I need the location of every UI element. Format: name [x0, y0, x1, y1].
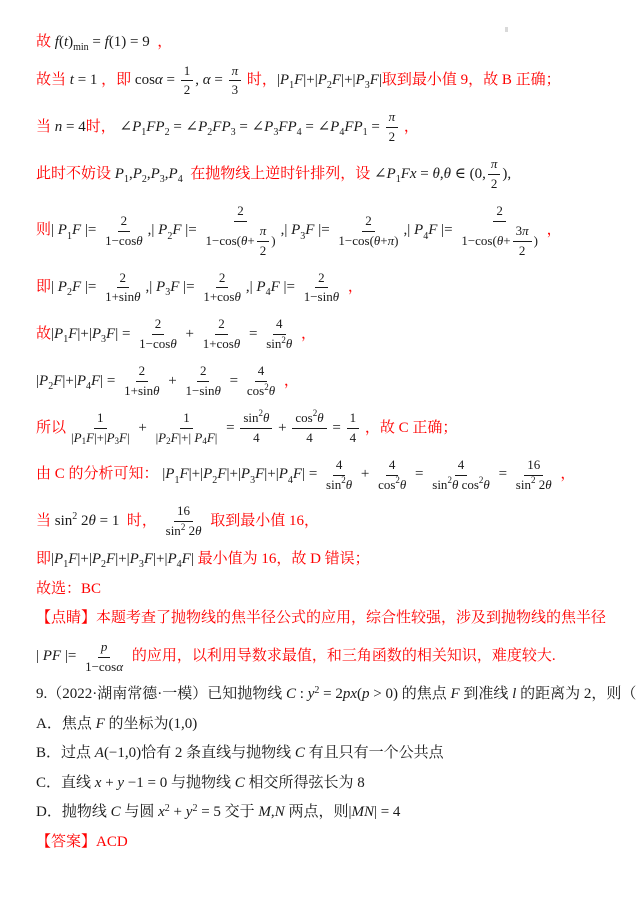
math-roman: 1+cos [203, 336, 234, 353]
math-italic: n [55, 118, 63, 138]
math-italic: F [171, 430, 179, 447]
math-roman: |+| [153, 550, 167, 570]
math-roman: ,| [146, 278, 157, 298]
superscript: 2 [479, 475, 484, 487]
math-roman: 1 [97, 410, 104, 427]
red-text-run: 由 C 的分析可知： [36, 465, 162, 485]
subscript: 1 [63, 333, 68, 346]
math-roman: 1+sin [124, 383, 153, 400]
math-roman: = [222, 419, 238, 439]
math-roman: (−1,0) [104, 744, 141, 764]
red-text-run: ， [280, 372, 299, 392]
fraction-numerator: 2 [215, 316, 228, 335]
subscript: 4 [288, 474, 293, 487]
fraction: 21−sinθ [301, 270, 342, 307]
math-roman: cos [295, 410, 312, 427]
fraction: 4cos2θ [244, 363, 278, 400]
fraction: 21−cosθ [136, 316, 180, 353]
math-roman: | = [100, 372, 119, 392]
fraction-denominator: 4 [303, 429, 316, 447]
red-text-run: 故 [36, 33, 55, 53]
math-roman: |+| [179, 430, 195, 447]
math-roman: = 1 [74, 71, 97, 91]
math-italic: P [280, 71, 289, 91]
superscript: 2 [314, 684, 319, 697]
math-roman: |= [81, 221, 100, 241]
math-roman: 1−cos [85, 659, 116, 676]
math-italic: F [172, 221, 181, 241]
math-roman: ∠ [120, 118, 133, 138]
math-italic: θ [433, 165, 440, 185]
math-roman: + [357, 465, 373, 485]
fraction-denominator: 2 [488, 175, 501, 193]
math-roman: 2 [496, 203, 503, 220]
fraction-numerator: 2 [315, 270, 328, 289]
red-text-run: 则 [36, 221, 51, 241]
solution-line-11: 当 sin2 2θ = 1 时， 16sin2 2θ 取到最小值 16， [36, 503, 634, 540]
black-text-run: 9.（2022·湖南常德·一模）已知抛物线 [36, 685, 286, 705]
math-italic: P [203, 465, 212, 485]
black-text-run: 与抛物线 [167, 774, 235, 794]
math-roman: sin [243, 410, 258, 427]
math-roman: 2 [318, 270, 325, 287]
math-italic: P [133, 165, 142, 185]
subscript: 1 [82, 436, 87, 448]
math-roman: 4 [306, 430, 313, 447]
math-italic: F [305, 221, 314, 241]
fraction-denominator: cos2θ [375, 476, 409, 494]
math-roman: + [165, 372, 181, 392]
superscript: 2 [181, 522, 186, 534]
math-italic: F [217, 465, 226, 485]
superscript: 2 [281, 335, 286, 347]
subscript: 4 [177, 558, 182, 571]
math-italic: y [186, 803, 193, 823]
math-roman: 1−cos( [461, 233, 497, 250]
math-italic: P [92, 550, 101, 570]
math-roman: = [211, 71, 227, 91]
math-italic: F [428, 221, 437, 241]
math-italic: π [491, 156, 498, 173]
solution-line-17: A．焦点 F 的坐标为(1,0) [36, 715, 634, 735]
math-italic: π [260, 223, 267, 240]
math-roman: cos [458, 477, 479, 494]
math-italic: θ [215, 383, 221, 400]
math-roman: + [170, 803, 186, 823]
math-roman: 4 [389, 457, 396, 474]
subscript: 2 [167, 230, 172, 243]
math-roman: 1+sin [105, 289, 134, 306]
math-roman: + [380, 233, 387, 250]
math-roman: = [329, 419, 345, 439]
black-text-run: 两点，则 [285, 803, 349, 823]
math-italic: P [77, 372, 86, 392]
math-italic: θ [89, 512, 96, 532]
subscript: 2 [207, 126, 212, 139]
math-roman: | [127, 430, 130, 447]
fraction: π3 [229, 63, 242, 100]
fraction-numerator: cos2θ [292, 410, 326, 429]
math-italic: FP [212, 118, 230, 138]
math-roman: = 2 [319, 685, 342, 705]
fraction-numerator: p [98, 639, 111, 658]
math-roman: 4 [458, 457, 465, 474]
math-roman: sin [55, 512, 73, 532]
math-italic: P [279, 465, 288, 485]
math-italic: F [96, 715, 105, 735]
fraction-denominator: sin2θ [263, 335, 295, 353]
math-italic: θ [136, 233, 142, 250]
math-italic: F [271, 278, 280, 298]
math-roman: |+| [341, 71, 355, 91]
fraction-numerator: 2 [362, 213, 375, 232]
math-roman: 16 [527, 457, 540, 474]
math-roman: 1−sin [186, 383, 215, 400]
math-roman: 4 [253, 430, 260, 447]
math-roman: 2 [77, 512, 88, 532]
math-roman: |+| [77, 325, 91, 345]
fraction: 12 [181, 63, 194, 100]
solution-line-10: 由 C 的分析可知： |P1F|+|P2F|+|P3F|+|P4F| = 4si… [36, 457, 634, 494]
math-roman: 4 [258, 363, 265, 380]
math-italic: θ [170, 336, 176, 353]
math-italic: F [68, 325, 77, 345]
math-italic: θ [444, 165, 451, 185]
subscript: 3 [250, 474, 255, 487]
math-italic: y [308, 685, 315, 705]
math-roman: 2 [200, 363, 207, 380]
red-text-run: 所以 [36, 419, 66, 439]
math-roman: 1−cos [105, 233, 136, 250]
math-italic: F [72, 278, 81, 298]
math-italic: F [68, 550, 77, 570]
math-roman: ) [534, 233, 538, 250]
fraction-denominator: 2 [257, 242, 270, 260]
superscript: 2 [341, 475, 346, 487]
red-text-run: ， [297, 325, 316, 345]
math-roman: |= [61, 647, 80, 667]
fraction-numerator: π [386, 109, 399, 128]
subscript: 4 [178, 173, 183, 186]
math-roman: 2 [535, 477, 545, 494]
fraction-denominator: 2 [516, 242, 529, 260]
math-italic: P [92, 325, 101, 345]
math-roman: | [51, 278, 58, 298]
math-italic: P [58, 278, 67, 298]
math-italic: C [111, 803, 121, 823]
black-text-run: 到准线 [460, 685, 513, 705]
subscript: 1 [67, 230, 72, 243]
math-roman: | = 4 [374, 803, 400, 823]
red-text-run: ，故 C 正确； [361, 419, 457, 439]
fraction-denominator: |P1F|+|P3F| [68, 429, 133, 447]
math-roman: |+| [303, 71, 317, 91]
red-text-run: ， [400, 118, 419, 138]
solution-line-20: D．抛物线 C 与圆 x2 + y2 = 5 交于 M,N 两点，则|MN| =… [36, 803, 634, 823]
fraction-denominator: 1−cosα [82, 658, 126, 676]
red-text-run: 在抛物线上逆时针排列，设 [183, 165, 374, 185]
solution-line-9: 所以1|P1F|+|P3F| + 1|P2F|+| P4F| = sin2θ4 … [36, 410, 634, 447]
fraction-numerator: 1 [347, 410, 360, 429]
math-italic: α [203, 71, 211, 91]
math-italic: F [332, 71, 341, 91]
subscript: 4 [202, 436, 207, 448]
math-roman: 1−cos( [205, 233, 241, 250]
document-page: 故 f(t)min = f(1) = 9 ，故当 t = 1 ，即 cosα =… [0, 0, 642, 907]
math-italic: C [295, 744, 305, 764]
smudge-artifact [505, 27, 508, 32]
math-roman: 2 [139, 363, 146, 380]
math-roman: | = [115, 325, 134, 345]
math-roman: 2 [389, 129, 396, 146]
math-italic: x [95, 774, 102, 794]
subscript: 1 [124, 173, 129, 186]
math-italic: P [169, 165, 178, 185]
superscript: 2 [72, 510, 77, 523]
red-text-run: 取到最小值 16， [206, 512, 319, 532]
math-italic: θ [153, 383, 159, 400]
fraction: 21−cos(θ+π) [335, 213, 401, 250]
red-text-run: 当 [36, 118, 55, 138]
fraction: 21+sinθ [102, 270, 143, 307]
math-roman: 1 [184, 63, 191, 80]
math-roman: 1−cos( [338, 233, 374, 250]
math-italic: y [117, 774, 124, 794]
fraction: 21−cosθ [102, 213, 146, 250]
red-text-run: 即 [36, 278, 51, 298]
fraction-numerator: 2 [136, 363, 149, 382]
math-italic: θ [400, 477, 406, 494]
fraction-numerator: 2 [493, 203, 506, 222]
math-roman: ) [271, 233, 275, 250]
math-roman: + [135, 419, 151, 439]
math-roman: = [245, 325, 261, 345]
math-roman: ,| [404, 221, 415, 241]
subscript: 3 [231, 126, 236, 139]
math-roman: ), [502, 165, 511, 185]
fraction-numerator: sin2θ [240, 410, 272, 429]
math-roman: |= [182, 221, 201, 241]
math-italic: P [115, 165, 124, 185]
red-text-run: 时， [86, 118, 120, 138]
math-roman: | = [302, 465, 321, 485]
math-roman: |+| [77, 550, 91, 570]
red-text-run: ， [344, 278, 363, 298]
fraction: 1|P1F|+|P3F| [68, 410, 133, 447]
fraction-denominator: 1−sinθ [301, 288, 342, 306]
math-roman: 4 [276, 316, 283, 333]
math-roman: |+| [62, 372, 76, 392]
subscript: 3 [165, 286, 170, 299]
math-roman: 2 [237, 203, 244, 220]
math-roman: + [182, 325, 198, 345]
fraction-numerator: 1 [94, 410, 107, 429]
fraction-numerator: 4 [255, 363, 268, 382]
fraction-denominator: sin2θ [323, 476, 355, 494]
superscript: 2 [165, 802, 170, 815]
math-italic: F [106, 325, 115, 345]
fraction-denominator: 1−sinθ [183, 382, 224, 400]
math-roman: = [417, 165, 433, 185]
math-roman: |= [437, 221, 456, 241]
red-text-run: 最小值为 16，故 D 错误； [194, 550, 370, 570]
fraction: 4cos2θ [375, 457, 409, 494]
fraction-denominator: 4 [250, 429, 263, 447]
math-roman: = [368, 118, 384, 138]
math-italic: MN [351, 803, 374, 823]
fraction-denominator: 1−cosθ [102, 232, 146, 250]
math-roman: = [89, 33, 105, 53]
math-italic: P [74, 430, 82, 447]
subscript: 1 [289, 79, 294, 92]
math-italic: P [414, 221, 423, 241]
math-roman: 1+cos [203, 289, 234, 306]
math-italic: P [158, 221, 167, 241]
fraction: p1−cosα [82, 639, 126, 676]
math-italic: F [179, 465, 188, 485]
math-italic: F [170, 278, 179, 298]
superscript: 2 [395, 475, 400, 487]
math-roman: 4 [350, 430, 357, 447]
black-text-run: 的距离为 2，则（ ） [516, 685, 642, 705]
black-text-run: 的坐标为 [105, 715, 169, 735]
math-roman: cos [378, 477, 395, 494]
fraction: 3π2 [513, 223, 532, 260]
math-italic: N [275, 803, 285, 823]
math-roman: sin [166, 523, 181, 540]
fraction-numerator: 4 [386, 457, 399, 476]
math-italic: P [130, 550, 139, 570]
subscript: 2 [101, 558, 106, 571]
red-text-run: 故当 [36, 71, 70, 91]
math-italic: P [156, 278, 165, 298]
math-italic: F [86, 430, 94, 447]
subscript: 3 [160, 173, 165, 186]
solution-line-18: B．过点 A(−1,0)恰有 2 条直线与抛物线 C 有且只有一个公共点 [36, 744, 634, 764]
subscript: 3 [115, 436, 120, 448]
fraction: 21−sinθ [183, 363, 224, 400]
math-roman: |= [81, 278, 100, 298]
math-roman: = [495, 465, 511, 485]
fraction: 21−cos(θ+π2) [202, 203, 278, 260]
math-italic: P [151, 165, 160, 185]
black-text-run: B．过点 [36, 744, 95, 764]
math-roman: = [411, 465, 427, 485]
solution-line-6: 即| P2F |= 21+sinθ,| P3F |= 21+cosθ,| P4F… [36, 270, 634, 307]
solution-line-5: 则| P1F |= 21−cosθ,| P2F |= 21−cos(θ+π2),… [36, 203, 634, 260]
math-roman: ,| [246, 278, 257, 298]
math-italic: F [370, 71, 379, 91]
fraction-denominator: 1+sinθ [121, 382, 162, 400]
fraction: π2 [488, 156, 501, 193]
math-roman: = ∠ [302, 118, 331, 138]
subscript: 2 [212, 474, 217, 487]
fraction: 4sin2θ [323, 457, 355, 494]
math-italic: θ [269, 383, 275, 400]
math-italic: P [54, 325, 63, 345]
math-italic: π [232, 63, 239, 80]
fraction-numerator: 4 [333, 457, 346, 476]
fraction-numerator: π [488, 156, 501, 175]
math-italic: P [54, 550, 63, 570]
red-text-run: 时， [119, 512, 160, 532]
math-roman: (1) = 9 [109, 33, 150, 53]
math-roman: −1 = 0 [124, 774, 167, 794]
math-roman: |= [179, 278, 198, 298]
math-italic: P [387, 165, 396, 185]
subscript: 2 [67, 286, 72, 299]
red-text-run: 此时不妨设 [36, 165, 115, 185]
math-roman: 2 [218, 316, 225, 333]
fraction: π2 [257, 223, 270, 260]
math-roman: 1−sin [304, 289, 333, 306]
solution-line-21: 【答案】ACD [36, 833, 634, 853]
math-roman: |= [314, 221, 333, 241]
math-roman: = 4 [62, 118, 85, 138]
math-roman: ) [394, 233, 398, 250]
red-text-run: ， [150, 33, 173, 53]
fraction-numerator: 2 [117, 270, 130, 289]
math-roman: 16 [177, 503, 190, 520]
math-italic: π [389, 109, 396, 126]
math-roman: | [51, 221, 58, 241]
math-italic: θ [483, 477, 489, 494]
subscript: 2 [327, 79, 332, 92]
math-roman: | [36, 647, 43, 667]
fraction: cos2θ4 [292, 410, 326, 447]
math-roman: |+| [189, 465, 203, 485]
math-italic: P [132, 118, 141, 138]
fraction: 16sin2 2θ [163, 503, 205, 540]
black-text-run: 交于 [221, 803, 259, 823]
math-italic: F [119, 430, 127, 447]
fraction: 21+cosθ [200, 316, 244, 353]
math-roman: ,| [148, 221, 159, 241]
math-italic: F [207, 430, 215, 447]
math-italic: Fx [401, 165, 417, 185]
fraction-denominator: sin2 2θ [513, 476, 555, 494]
subscript: 3 [139, 558, 144, 571]
math-roman: ,| [281, 221, 292, 241]
math-italic: θ [346, 477, 352, 494]
math-roman: = ∠ [170, 118, 199, 138]
math-italic: C [235, 774, 245, 794]
math-italic: α [155, 71, 163, 91]
fraction-numerator: 16 [174, 503, 193, 522]
fraction-numerator: π [229, 63, 242, 82]
math-italic: x [158, 803, 165, 823]
solution-line-14: 【点睛】本题考查了抛物线的焦半径公式的应用，综合性较强，涉及到抛物线的焦半径 [36, 609, 634, 629]
solution-line-16: 9.（2022·湖南常德·一模）已知抛物线 C : y2 = 2px(p > 0… [36, 685, 634, 705]
subscript: 3 [365, 79, 370, 92]
math-roman: sin [516, 477, 531, 494]
math-italic: P [264, 118, 273, 138]
fraction-denominator: sin2 2θ [163, 522, 205, 540]
subscript: 4 [266, 286, 271, 299]
fraction: sin2θ4 [240, 410, 272, 447]
fraction-denominator: 1−cos(θ+3π2) [458, 222, 541, 260]
math-italic: θ [286, 336, 292, 353]
math-roman: |= [280, 278, 299, 298]
math-roman: 1−cos [139, 336, 170, 353]
subscript: 1 [174, 474, 179, 487]
fraction-denominator: 3 [229, 81, 242, 99]
red-text-run: 故 [36, 325, 51, 345]
red-text-run: 即 [36, 550, 51, 570]
math-italic: P [356, 71, 365, 91]
red-text-run: 取到最小值 9，故 B 正确； [382, 71, 561, 91]
math-roman: = [226, 372, 242, 392]
